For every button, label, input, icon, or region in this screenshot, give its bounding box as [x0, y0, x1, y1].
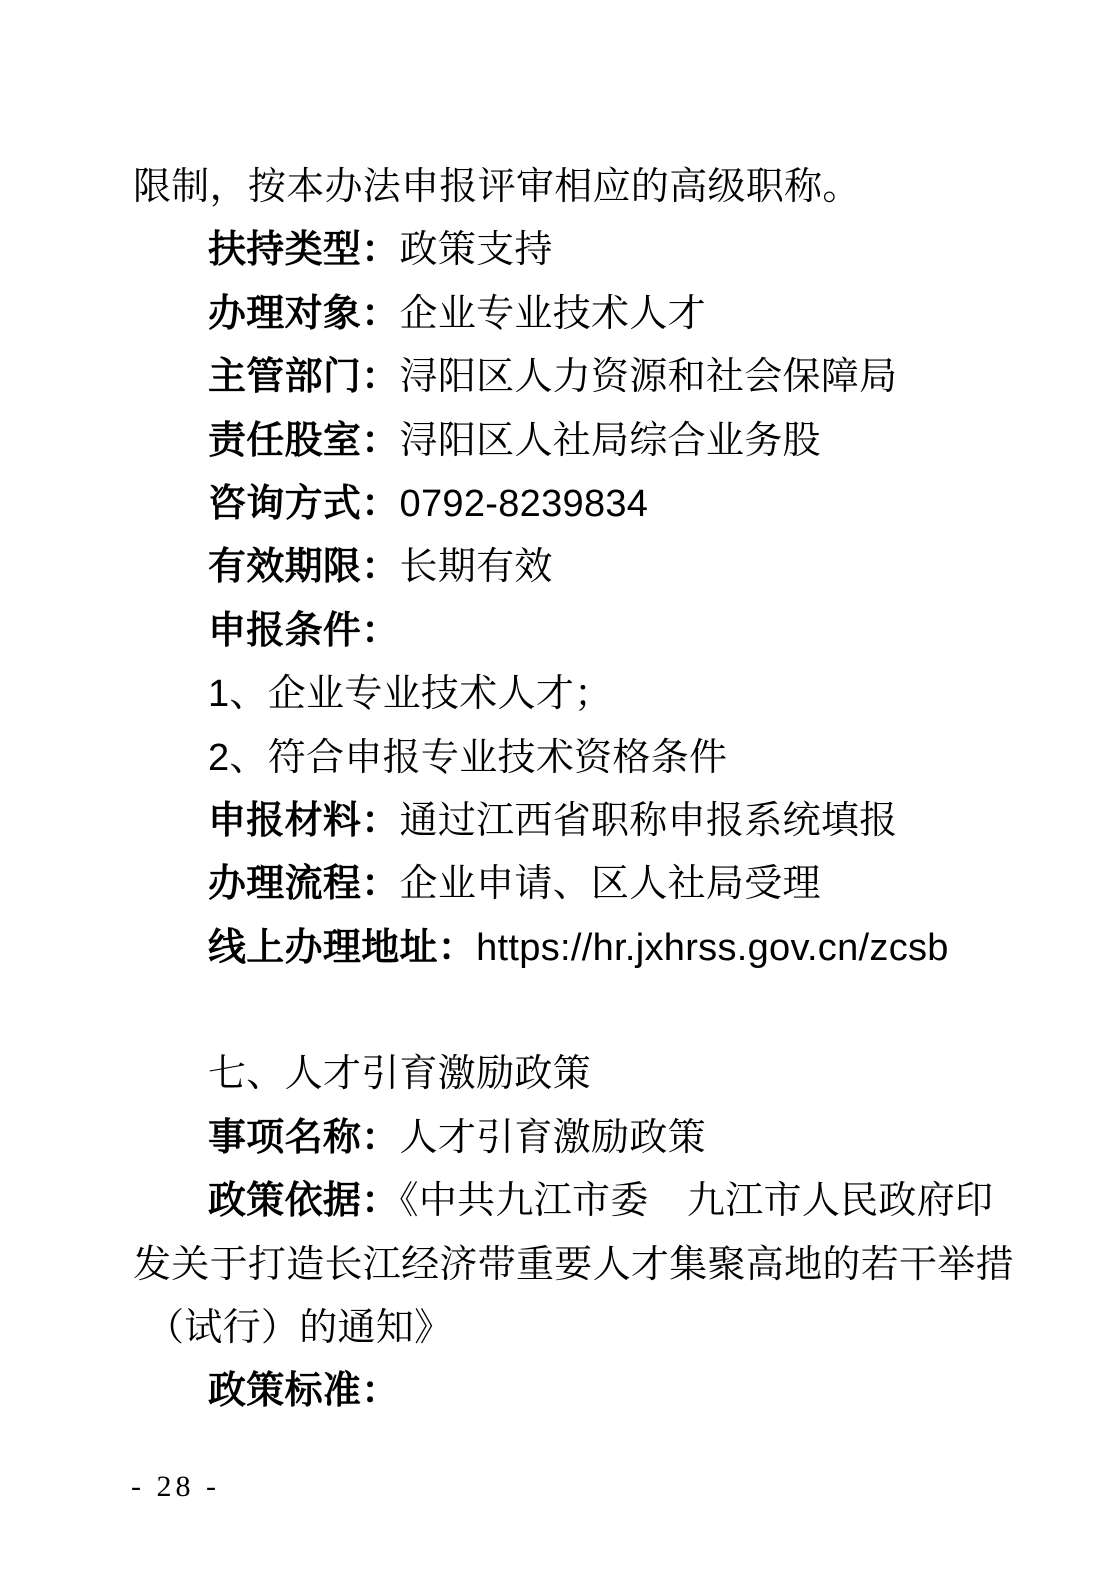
- field-policy-standard-heading: 政策标准：: [133, 1360, 995, 1423]
- field-value: 限制，按本办法申报评审相应的高级职称。: [133, 166, 861, 208]
- field-label: 政策标准：: [208, 1370, 400, 1412]
- document-body: 限制，按本办法申报评审相应的高级职称。 扶持类型：政策支持 办理对象：企业专业技…: [133, 156, 995, 1424]
- field-supervising-department: 主管部门：浔阳区人力资源和社会保障局: [133, 346, 995, 409]
- blank-line: [133, 980, 995, 1043]
- field-label: 线上办理地址：: [208, 927, 476, 969]
- field-label: 事项名称：: [208, 1117, 400, 1159]
- field-online-address: 线上办理地址：https://hr.jxhrss.gov.cn/zcsb: [133, 917, 995, 980]
- field-label: 咨询方式：: [208, 483, 400, 525]
- field-label: 主管部门：: [208, 356, 400, 398]
- field-value: 企业申请、区人社局受理: [400, 863, 821, 905]
- field-value online-url: https://hr.jxhrss.gov.cn/zcsb: [476, 927, 949, 969]
- condition-item-1: 1、企业专业技术人才；: [133, 663, 995, 726]
- field-value: 0792-8239834: [400, 483, 649, 525]
- page-number: - 28 -: [131, 1470, 220, 1504]
- document-page: 限制，按本办法申报评审相应的高级职称。 扶持类型：政策支持 办理对象：企业专业技…: [0, 0, 1118, 1580]
- policy-basis-continuation-1: 发关于打造长江经济带重要人才集聚高地的若干举措: [133, 1234, 995, 1297]
- condition-item-2: 2、符合申报专业技术资格条件: [133, 727, 995, 790]
- field-handling-process: 办理流程：企业申请、区人社局受理: [133, 853, 995, 916]
- field-support-type: 扶持类型：政策支持: [133, 219, 995, 282]
- field-label: 扶持类型：: [208, 229, 400, 271]
- field-value: 长期有效: [400, 546, 553, 588]
- field-value: 通过江西省职称申报系统填报: [400, 800, 898, 842]
- field-application-materials: 申报材料：通过江西省职称申报系统填报: [133, 790, 995, 853]
- field-value: 人才引育激励政策: [400, 1117, 706, 1159]
- body-text-continuation: 限制，按本办法申报评审相应的高级职称。: [133, 156, 995, 219]
- section-heading-seven: 七、人才引育激励政策: [133, 1043, 995, 1106]
- field-label: 办理流程：: [208, 863, 400, 905]
- field-value: 《中共九江市委 九江市人民政府印: [400, 1180, 994, 1222]
- field-value: 企业专业技术人才: [400, 293, 706, 335]
- field-responsible-section: 责任股室：浔阳区人社局综合业务股: [133, 410, 995, 473]
- field-value: 浔阳区人社局综合业务股: [400, 420, 821, 462]
- field-label: 政策依据：: [208, 1180, 400, 1222]
- field-validity-period: 有效期限：长期有效: [133, 536, 995, 599]
- field-value: 政策支持: [400, 229, 553, 271]
- field-application-conditions-heading: 申报条件：: [133, 600, 995, 663]
- field-value: （试行）的通知》: [146, 1307, 452, 1349]
- field-label: 有效期限：: [208, 546, 400, 588]
- policy-basis-continuation-2: （试行）的通知》: [133, 1297, 995, 1360]
- field-value: 浔阳区人力资源和社会保障局: [400, 356, 898, 398]
- field-target-audience: 办理对象：企业专业技术人才: [133, 283, 995, 346]
- field-value: 发关于打造长江经济带重要人才集聚高地的若干举措: [133, 1244, 1014, 1286]
- field-label: 申报条件：: [208, 610, 400, 652]
- field-value: 2、符合申报专业技术资格条件: [208, 737, 727, 779]
- field-value: 1、企业专业技术人才；: [208, 673, 612, 715]
- field-label: 申报材料：: [208, 800, 400, 842]
- field-item-name: 事项名称：人才引育激励政策: [133, 1107, 995, 1170]
- field-label: 办理对象：: [208, 293, 400, 335]
- field-value: 七、人才引育激励政策: [208, 1053, 591, 1095]
- field-contact-method: 咨询方式：0792-8239834: [133, 473, 995, 536]
- field-policy-basis: 政策依据：《中共九江市委 九江市人民政府印: [133, 1170, 995, 1233]
- field-label: 责任股室：: [208, 420, 400, 462]
